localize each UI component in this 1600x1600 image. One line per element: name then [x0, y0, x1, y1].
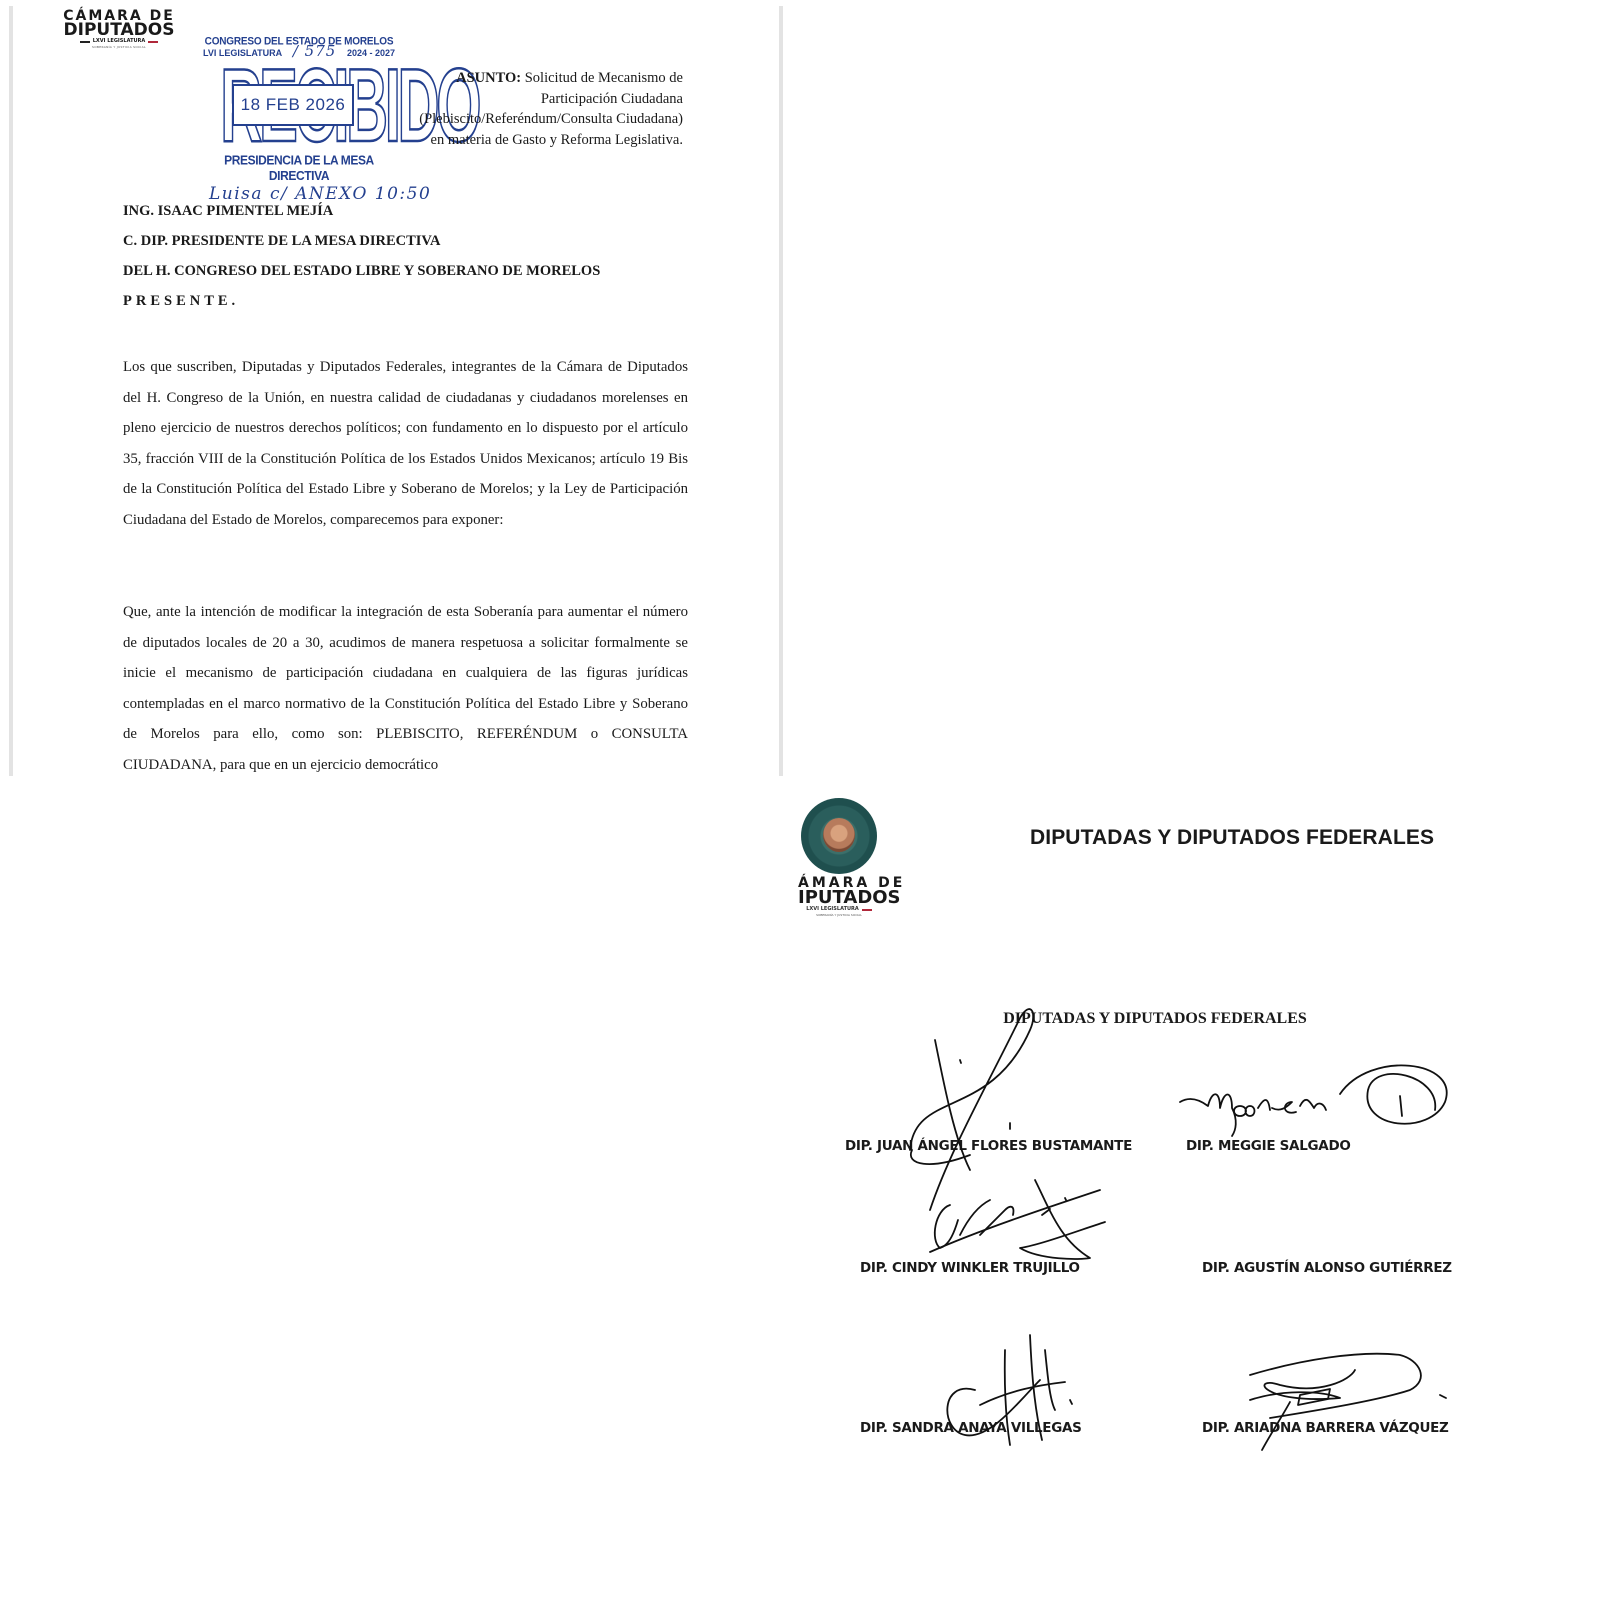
- signer-juan-angel-flores: DIP. JUAN ÁNGEL FLORES BUSTAMANTE: [845, 1138, 1132, 1154]
- signatures-heading: DIPUTADAS Y DIPUTADOS FEDERALES: [780, 1010, 1520, 1028]
- signer-meggie-salgado: DIP. MEGGIE SALGADO: [1186, 1138, 1351, 1154]
- addressee-block: ING. ISAAC PIMENTEL MEJÍA C. DIP. PRESID…: [123, 201, 600, 321]
- handwritten-signatures: [780, 790, 1600, 1600]
- letter-page-1: CÁMARA DE DIPUTADOS LXVI LEGISLATURA SOB…: [9, 6, 783, 776]
- logo-bar-dark: [80, 41, 90, 43]
- body-paragraph-1: Los que suscriben, Diputadas y Diputados…: [123, 352, 688, 535]
- seal-slogan: SOBERANÍA Y JUSTICIA SOCIAL: [798, 913, 880, 917]
- logo-slogan: SOBERANÍA Y JUSTICIA SOCIAL: [59, 45, 179, 49]
- subject-label: ASUNTO:: [456, 70, 521, 86]
- subject-block: ASUNTO: Solicitud de Mecanismo de Partic…: [411, 68, 683, 150]
- signature-meggie-salgado: [1180, 1065, 1447, 1136]
- logo-legislature: LXVI LEGISLATURA: [93, 38, 146, 45]
- signer-cindy-winkler: DIP. CINDY WINKLER TRUJILLO: [860, 1260, 1080, 1276]
- seal-legislature: LXVI LEGISLATURA: [806, 906, 859, 913]
- signatures-heading-text: DIPUTADAS Y DIPUTADOS FEDERALES: [1003, 1010, 1307, 1028]
- camara-seal-logo: ÁMARA DE IPUTADOS LXVI LEGISLATURA SOBER…: [798, 798, 880, 917]
- seal-line-2: IPUTADOS: [798, 890, 880, 906]
- national-seal-icon: [801, 798, 877, 874]
- addressee-greeting: PRESENTE.: [123, 291, 600, 321]
- body-paragraph-2: Que, ante la intención de modificar la i…: [123, 597, 688, 776]
- received-stamp: CONGRESO DEL ESTADO DE MORELOS LVI LEGIS…: [199, 36, 399, 204]
- stamp-header: CONGRESO DEL ESTADO DE MORELOS: [199, 35, 399, 47]
- addressee-institution: DEL H. CONGRESO DEL ESTADO LIBRE Y SOBER…: [123, 261, 600, 291]
- signer-sandra-anaya: DIP. SANDRA ANAYA VILLEGAS: [860, 1420, 1082, 1436]
- camara-diputados-logo: CÁMARA DE DIPUTADOS LXVI LEGISLATURA SOB…: [59, 10, 179, 49]
- logo-bar-red: [148, 41, 158, 43]
- logo-line-2: DIPUTADOS: [59, 23, 179, 38]
- signature-page: ÁMARA DE IPUTADOS LXVI LEGISLATURA SOBER…: [780, 790, 1600, 1600]
- signer-agustin-alonso: DIP. AGUSTÍN ALONSO GUTIÉRREZ: [1202, 1260, 1452, 1276]
- signature-cindy-winkler: [930, 1180, 1105, 1259]
- addressee-name: ING. ISAAC PIMENTEL MEJÍA: [123, 201, 600, 231]
- signer-ariadna-barrera: DIP. ARIADNA BARRERA VÁZQUEZ: [1202, 1420, 1449, 1436]
- page-title: DIPUTADAS Y DIPUTADOS FEDERALES: [1030, 826, 1434, 850]
- stamp-date: 18 FEB 2026: [232, 84, 354, 126]
- signature-juan-angel: [910, 1009, 1033, 1210]
- stamp-body: RECIBIDO 18 FEB 2026: [199, 60, 399, 152]
- addressee-role: C. DIP. PRESIDENTE DE LA MESA DIRECTIVA: [123, 231, 600, 261]
- stamp-footer: PRESIDENCIA DE LA MESA DIRECTIVA: [199, 153, 399, 184]
- seal-bar-red: [862, 909, 872, 911]
